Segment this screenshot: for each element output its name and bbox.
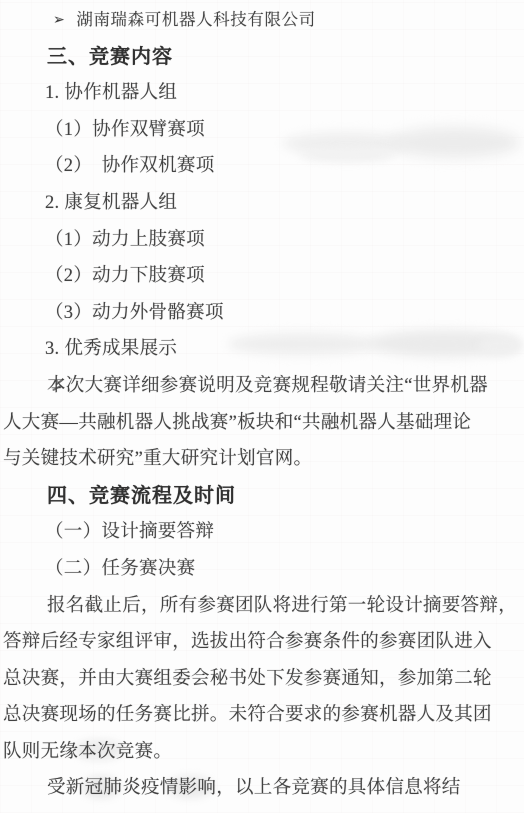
list-item-event: （1）动力上肢赛项: [0, 222, 524, 259]
scanned-document-page: ➢湖南瑞森可机器人科技有限公司 三、竞赛内容 1. 协作机器人组 （1）协作双臂…: [0, 0, 524, 813]
list-item-showcase: 3. 优秀成果展示: [0, 331, 524, 368]
paragraph-line: 受新冠肺炎疫情影响，以上各竞赛的具体信息将结: [0, 770, 524, 807]
paragraph-line: 本次大赛详细参赛说明及竞赛规程敬请关注“世界机器: [0, 368, 524, 405]
document-body: ➢湖南瑞森可机器人科技有限公司 三、竞赛内容 1. 协作机器人组 （1）协作双臂…: [0, 2, 524, 807]
list-item-event: （1）协作双臂赛项: [0, 112, 524, 149]
list-item-event: （2） 协作双机赛项: [0, 148, 524, 185]
paragraph-line: 报名截止后，所有参赛团队将进行第一轮设计摘要答辩，: [0, 588, 524, 625]
paragraph-line: 总决赛现场的任务赛比拼。未符合要求的参赛机器人及其团: [0, 697, 524, 734]
list-item-phase: （二）任务赛决赛: [0, 551, 524, 588]
paragraph-line: 队则无缘本次竞赛。: [0, 734, 524, 771]
list-item-event: （3）动力外骨骼赛项: [0, 295, 524, 332]
company-name: 湖南瑞森可机器人科技有限公司: [76, 10, 315, 29]
list-item-group: 1. 协作机器人组: [0, 75, 524, 112]
paragraph-line: 与关键技术研究”重大研究计划官网。: [0, 441, 524, 478]
arrow-bullet-icon: ➢: [53, 3, 65, 40]
list-item-event: （2）动力下肢赛项: [0, 258, 524, 295]
section-heading-schedule: 四、竞赛流程及时间: [0, 478, 524, 515]
section-heading-competition-content: 三、竞赛内容: [0, 39, 524, 76]
paragraph-line: 总决赛，并由大赛组委会秘书处下发参赛通知，参加第二轮: [0, 661, 524, 698]
paragraph-line: 人大赛—共融机器人挑战赛”板块和“共融机器人基础理论: [0, 405, 524, 442]
list-item-phase: （一）设计摘要答辩: [0, 514, 524, 551]
paragraph-line: 答辩后经专家组评审，选拔出符合参赛条件的参赛团队进入: [0, 624, 524, 661]
list-item-group: 2. 康复机器人组: [0, 185, 524, 222]
list-item-company: ➢湖南瑞森可机器人科技有限公司: [0, 2, 524, 39]
